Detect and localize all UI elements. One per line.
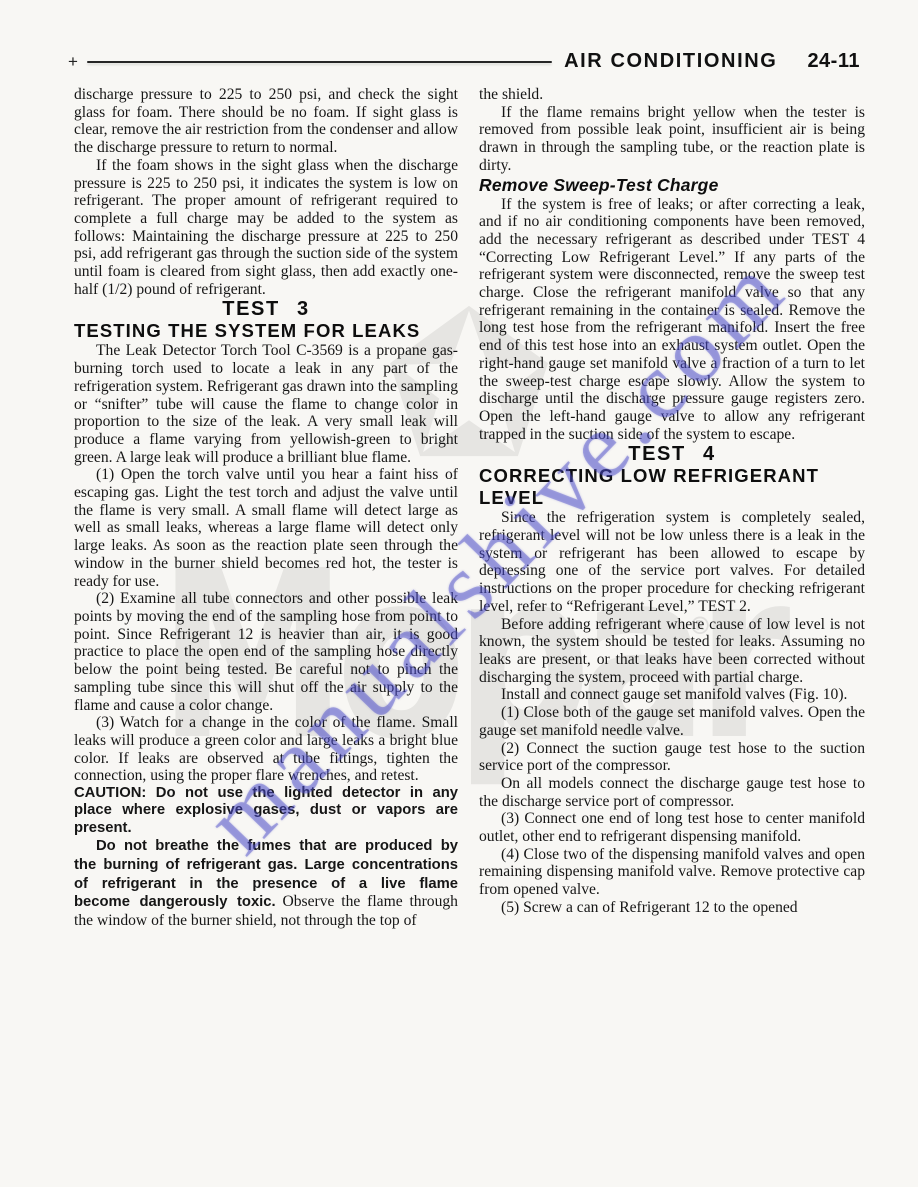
paragraph: discharge pressure to 225 to 250 psi, an… [74,86,458,157]
section-heading: TEST 4 [479,443,865,465]
paragraph: If the flame remains bright yellow when … [479,104,865,175]
right-column: the shield.If the flame remains bright y… [479,86,865,917]
paragraph: (2) Connect the suction gauge test hose … [479,740,865,775]
paragraph: (3) Connect one end of long test hose to… [479,810,865,845]
register-mark: + [68,53,78,70]
paragraph: The Leak Detector Torch Tool C-3569 is a… [74,342,458,466]
manual-page: Mopar ® + AIR CONDITIONING 24-11 dischar… [0,0,918,1187]
paragraph: (1) Close both of the gauge set manifold… [479,704,865,739]
paragraph: Install and connect gauge set manifold v… [479,686,865,704]
header-rule [87,61,552,64]
section-heading: TESTING THE SYSTEM FOR LEAKS [74,320,458,342]
paragraph: If the system is free of leaks; or after… [479,196,865,444]
paragraph: (2) Examine all tube connectors and othe… [74,590,458,714]
paragraph: CAUTION: Do not use the lighted detector… [74,785,458,837]
paragraph: (4) Close two of the dispensing manifold… [479,846,865,899]
paragraph: the shield. [479,86,865,104]
page-number: 24-11 [807,50,860,73]
bold-warning-text: Do not breathe the fumes that are produc… [74,838,458,910]
paragraph: (1) Open the torch valve until you hear … [74,466,458,590]
paragraph: If the foam shows in the sight glass whe… [74,157,458,299]
page-header: + AIR CONDITIONING 24-11 [68,49,860,73]
paragraph: On all models connect the discharge gaug… [479,775,865,810]
section-heading: Remove Sweep-Test Charge [479,175,865,196]
paragraph: Do not breathe the fumes that are produc… [74,837,458,930]
paragraph: (5) Screw a can of Refrigerant 12 to the… [479,899,865,917]
paragraph: (3) Watch for a change in the color of t… [74,714,458,785]
section-heading: TEST 3 [74,298,458,320]
paragraph: Since the refrigeration system is comple… [479,509,865,615]
paragraph: Before adding refrigerant where cause of… [479,616,865,687]
left-column: discharge pressure to 225 to 250 psi, an… [74,86,458,930]
page-title: AIR CONDITIONING [564,50,777,73]
section-heading: CORRECTING LOW REFRIGERANT LEVEL [479,465,865,509]
